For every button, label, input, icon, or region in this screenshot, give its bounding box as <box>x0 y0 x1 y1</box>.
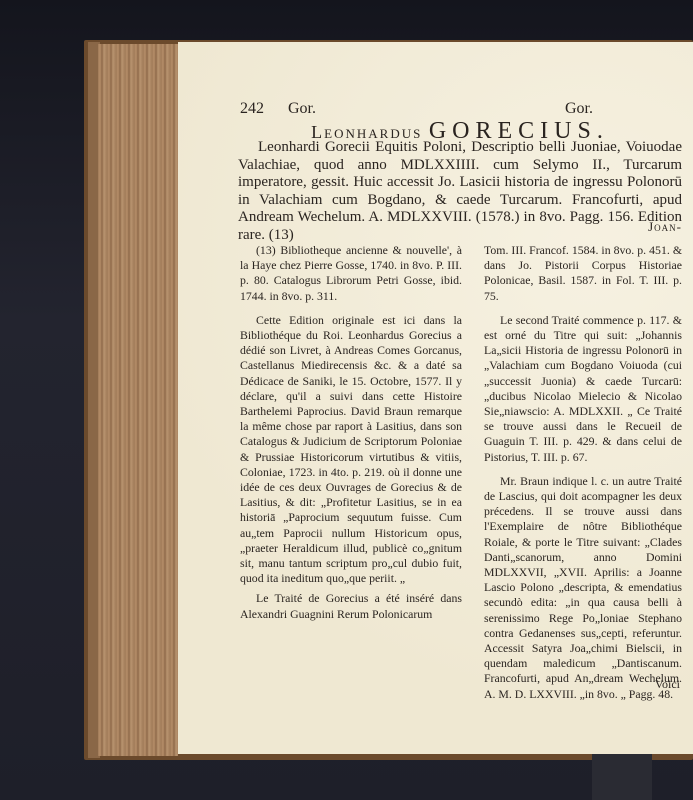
footnote-13: (13) Bibliotheque ancienne & nouvelle', … <box>240 243 462 304</box>
paragraph: Mr. Braun indique l. c. un autre Traité … <box>484 474 682 702</box>
paragraph: Tom. III. Francof. 1584. in 8vo. p. 451.… <box>484 243 682 304</box>
running-head-right: Gor. <box>565 100 593 118</box>
catchword-bottom: Voici <box>600 677 680 692</box>
paragraph: Cette Edition originale est ici dans la … <box>240 313 462 587</box>
page-block-edge <box>98 44 178 756</box>
left-column: (13) Bibliotheque ancienne & nouvelle', … <box>240 243 462 631</box>
paragraph: Le Traité de Gorecius a été inséré dans … <box>240 591 462 621</box>
right-column: Tom. III. Francof. 1584. in 8vo. p. 451.… <box>484 243 682 711</box>
page-number: 242 <box>240 100 264 118</box>
catchword-top: Joan- <box>560 219 682 235</box>
running-head-left: Gor. <box>288 100 316 118</box>
paragraph: Le second Traité commence p. 117. & est … <box>484 313 682 465</box>
bookmark-tab <box>592 752 652 800</box>
